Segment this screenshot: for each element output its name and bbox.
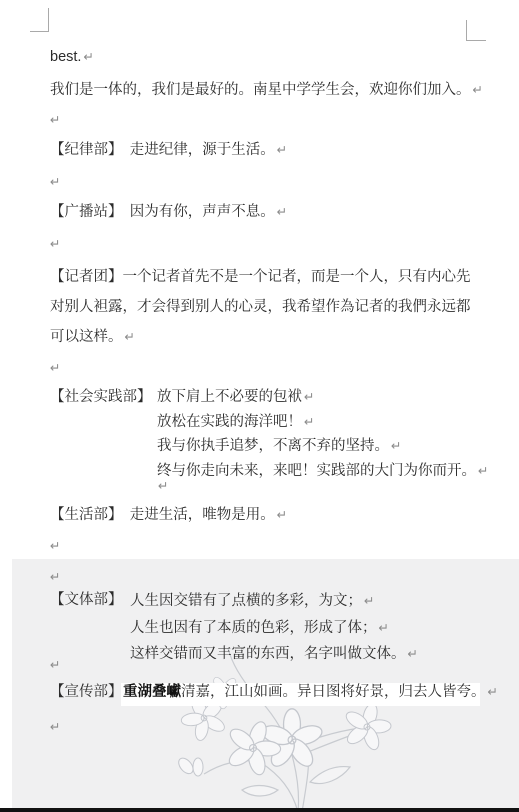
section-practice-label[interactable]: 【社会实践部】 <box>50 385 152 410</box>
section-publicity-label[interactable]: 【宣传部】 <box>50 677 123 707</box>
section-life-text: 【生活部】 走进生活，唯物是用。 <box>50 507 275 523</box>
paragraph-mark-icon: ↵ <box>158 474 168 499</box>
paragraph-mark-icon: ↵ <box>50 105 60 135</box>
doc-line-best[interactable]: best.↵ <box>50 42 94 72</box>
arts-line-text: 这样交错而又丰富的东西，名字叫做文体。 <box>130 646 406 662</box>
paragraph-reporters[interactable]: 【记者团】一个记者首先不是一个记者，而是一个人，只有内心先对别人袒露，才会得到别… <box>50 262 475 352</box>
practice-line-text: 放松在实践的海洋吧！ <box>157 414 302 430</box>
paragraph-mark-icon: ↵ <box>83 49 93 64</box>
paragraph-mark-icon: ↵ <box>125 329 135 344</box>
practice-line[interactable]: 终与你走向未来，来吧！实践部的大门为你而开。↵ <box>157 459 488 484</box>
arts-line-text: 人生因交错有了点横的多彩，为文； <box>130 593 362 609</box>
paragraph-mark-icon: ↵ <box>478 463 488 478</box>
arts-line[interactable]: 人生也因有了本质的色彩，形成了体；↵ <box>130 615 418 642</box>
paragraph-mark-icon: ↵ <box>50 229 60 259</box>
paragraph-mark-icon: ↵ <box>473 82 483 97</box>
arts-line-text: 人生也因有了本质的色彩，形成了体； <box>130 620 377 636</box>
paragraph-mark-icon: ↵ <box>50 650 60 680</box>
paragraph-mark-icon: ↵ <box>277 204 287 219</box>
arts-line[interactable]: 人生因交错有了点横的多彩，为文；↵ <box>130 588 418 615</box>
paragraph-mark-icon: ↵ <box>277 142 287 157</box>
paragraph-mark-icon: ↵ <box>391 438 401 453</box>
section-publicity-line[interactable]: 重湖叠巘清嘉，江山如画。异日图将好景，归去人皆夸。↵ <box>123 677 498 707</box>
paragraph-mark-icon: ↵ <box>364 593 374 608</box>
practice-line[interactable]: 我与你执手追梦，不离不弃的坚持。↵ <box>157 434 488 459</box>
paragraph-mark-icon: ↵ <box>50 531 60 561</box>
practice-line-text: 放下肩上不必要的包袱 <box>157 389 302 405</box>
section-arts-label[interactable]: 【文体部】 <box>50 588 123 614</box>
section-discipline-text: 【纪律部】 走进纪律，源于生活。 <box>50 142 275 158</box>
section-life[interactable]: 【生活部】 走进生活，唯物是用。↵ <box>50 500 287 530</box>
paragraph-mark-icon: ↵ <box>50 167 60 197</box>
paragraph-mark-icon: ↵ <box>50 353 60 383</box>
practice-line-text: 终与你走向未来，来吧！实践部的大门为你而开。 <box>157 463 476 479</box>
paragraph-mark-icon: ↵ <box>408 646 418 661</box>
paragraph-mark-icon: ↵ <box>488 684 498 699</box>
section-arts-lines[interactable]: 人生因交错有了点横的多彩，为文；↵ 人生也因有了本质的色彩，形成了体；↵ 这样交… <box>130 588 418 668</box>
paragraph-mark-icon: ↵ <box>304 389 314 404</box>
paragraph-mark-icon: ↵ <box>277 507 287 522</box>
practice-line-text: 我与你执手追梦，不离不弃的坚持。 <box>157 438 389 454</box>
paragraph-mark-icon: ↵ <box>50 712 60 742</box>
arts-line[interactable]: 这样交错而又丰富的东西，名字叫做文体。↵ <box>130 641 418 668</box>
text-boundary-corner-left <box>30 8 49 32</box>
paragraph-reporters-text: 【记者团】一个记者首先不是一个记者，而是一个人，只有内心先对别人袒露，才会得到别… <box>50 269 471 345</box>
doc-line-intro[interactable]: 我们是一体的，我们是最好的。南星中学学生会，欢迎你们加入。↵ <box>50 75 483 105</box>
section-broadcast[interactable]: 【广播站】 因为有你，声声不息。↵ <box>50 197 287 227</box>
doc-line-best-text: best. <box>50 49 81 65</box>
text-boundary-corner-right <box>466 20 486 41</box>
word-document-page[interactable]: best.↵ 我们是一体的，我们是最好的。南星中学学生会，欢迎你们加入。↵ ↵ … <box>0 0 519 812</box>
bottom-edge-bar <box>0 808 519 812</box>
section-practice-lines[interactable]: 放下肩上不必要的包袱↵ 放松在实践的海洋吧！↵ 我与你执手追梦，不离不弃的坚持。… <box>157 385 488 483</box>
section-discipline[interactable]: 【纪律部】 走进纪律，源于生活。↵ <box>50 135 287 165</box>
practice-line[interactable]: 放松在实践的海洋吧！↵ <box>157 410 488 435</box>
paragraph-mark-icon: ↵ <box>304 414 314 429</box>
publicity-bold-text: 重湖叠巘 <box>123 684 181 700</box>
publicity-rest-text: 清嘉，江山如画。异日图将好景，归去人皆夸。 <box>181 684 486 700</box>
doc-line-intro-text: 我们是一体的，我们是最好的。南星中学学生会，欢迎你们加入。 <box>50 82 471 98</box>
section-broadcast-text: 【广播站】 因为有你，声声不息。 <box>50 204 275 220</box>
paragraph-mark-icon: ↵ <box>379 620 389 635</box>
practice-line[interactable]: 放下肩上不必要的包袱↵ <box>157 385 488 410</box>
